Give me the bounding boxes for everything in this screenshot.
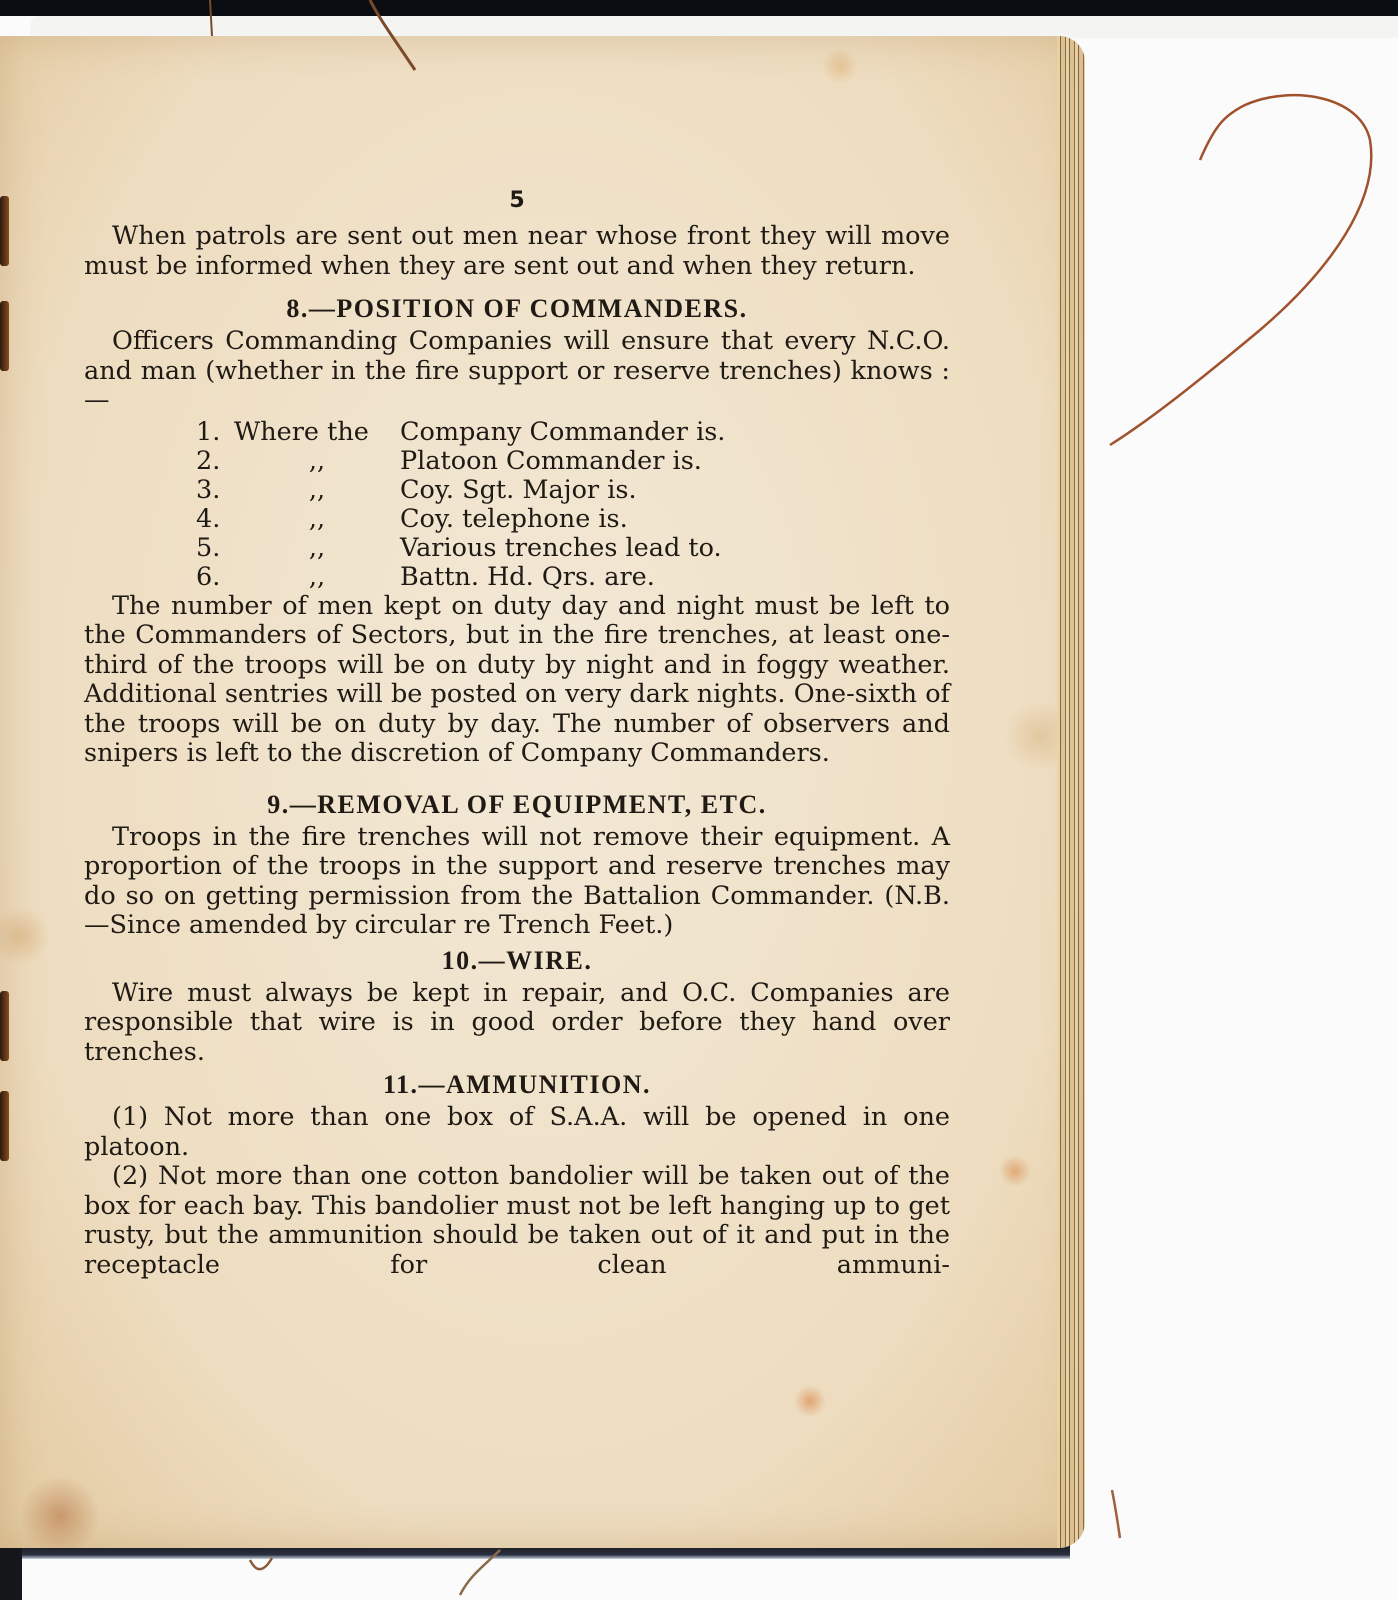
list-item-number: 4. [196, 505, 234, 534]
list-item-number: 3. [196, 476, 234, 505]
list-item: 3. ,, Coy. Sgt. Major is. [196, 476, 950, 505]
ditto-mark: ,, [234, 534, 400, 563]
list-item-text: Company Commander is. [400, 418, 725, 447]
commanders-list: 1. Where the Company Commander is. 2. ,,… [196, 418, 950, 592]
list-item-prefix: Where the [234, 418, 400, 447]
ditto-mark: ,, [234, 505, 400, 534]
binding-stitch-mark [0, 1091, 9, 1161]
binding-stitch-mark [0, 196, 9, 266]
list-item: 4. ,, Coy. telephone is. [196, 505, 950, 534]
scanner-left-edge [0, 1545, 22, 1600]
list-item-text: Coy. telephone is. [400, 505, 628, 534]
binding-stitch-mark [0, 991, 9, 1061]
section-11-paragraph-2: (2) Not more than one cotton bandolier w… [84, 1162, 950, 1280]
section-9-body: Troops in the fire trenches will not rem… [84, 823, 950, 941]
list-item-text: Coy. Sgt. Major is. [400, 476, 637, 505]
list-item-text: Various trenches lead to. [400, 534, 722, 563]
list-item-number: 6. [196, 563, 234, 592]
list-item-text: Battn. Hd. Qrs. are. [400, 563, 655, 592]
ditto-mark: ,, [234, 563, 400, 592]
page-content: 5 When patrols are sent out men near who… [84, 176, 950, 1280]
scanner-top-edge [0, 0, 1398, 16]
intro-paragraph: When patrols are sent out men near whose… [84, 222, 950, 281]
list-item-number: 5. [196, 534, 234, 563]
ditto-mark: ,, [234, 476, 400, 505]
section-heading-8: 8.—POSITION OF COMMANDERS. [84, 291, 950, 327]
section-heading-11: 11.—AMMUNITION. [84, 1067, 950, 1103]
section-10-body: Wire must always be kept in repair, and … [84, 979, 950, 1068]
list-item: 2. ,, Platoon Commander is. [196, 447, 950, 476]
book-page: 5 When patrols are sent out men near who… [0, 36, 1085, 1548]
list-item: 1. Where the Company Commander is. [196, 418, 950, 447]
list-item-number: 2. [196, 447, 234, 476]
scanner-background [30, 16, 1398, 38]
list-item-number: 1. [196, 418, 234, 447]
section-heading-9: 9.—REMOVAL OF EQUIPMENT, ETC. [84, 787, 950, 823]
section-11-paragraph-1: (1) Not more than one box of S.A.A. will… [84, 1103, 950, 1162]
list-item: 6. ,, Battn. Hd. Qrs. are. [196, 563, 950, 592]
list-item-text: Platoon Commander is. [400, 447, 702, 476]
ditto-mark: ,, [234, 447, 400, 476]
page-edge-stack [1057, 36, 1085, 1548]
list-item: 5. ,, Various trenches lead to. [196, 534, 950, 563]
section-8-body: The number of men kept on duty day and n… [84, 592, 950, 769]
section-heading-10: 10.—WIRE. [84, 943, 950, 979]
page-number: 5 [84, 176, 950, 222]
section-8-intro: Officers Commanding Companies will ensur… [84, 327, 950, 416]
binding-stitch-mark [0, 301, 9, 371]
